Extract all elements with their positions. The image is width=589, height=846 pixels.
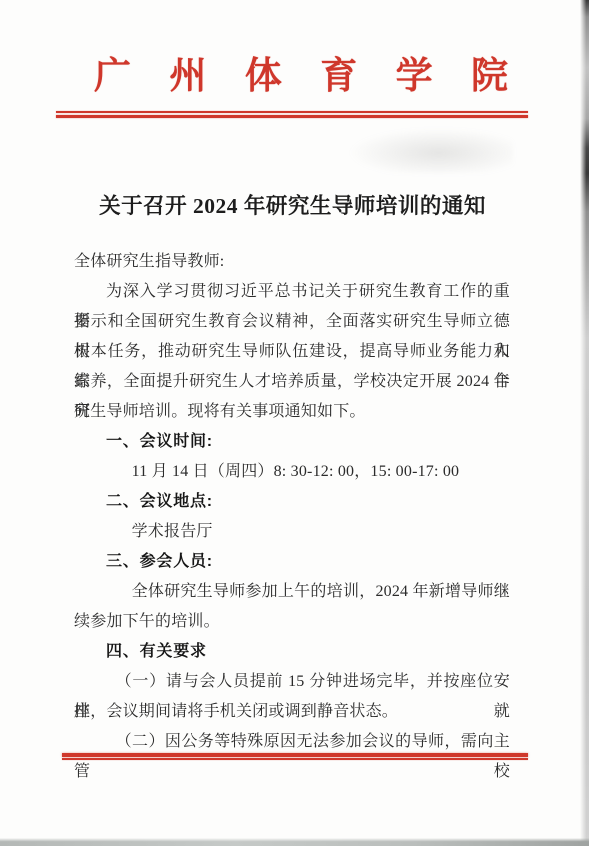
body-line: 续参加下午的培训。 — [74, 607, 510, 637]
page-edge-shadow-bottom — [0, 838, 589, 846]
body-line: （一）请与会人员提前 15 分钟进场完毕，并按座位安排就 — [74, 667, 510, 697]
page-edge-shadow-right — [580, 0, 589, 846]
letterhead-rule-thick-line — [56, 115, 528, 119]
scan-smudge-artifact — [348, 128, 513, 173]
notice-body: 全体研究生指导教师: 为深入学习贯彻习近平总书记关于研究生教育工作的重要 指示和… — [74, 247, 510, 757]
section-heading-attendees: 三、参会人员: — [74, 547, 510, 577]
body-line: 11 月 14 日（周四）8: 30-12: 00，15: 00-17: 00 — [74, 457, 510, 487]
body-line: 为深入学习贯彻习近平总书记关于研究生教育工作的重要 — [74, 277, 510, 307]
footer-rule — [62, 753, 528, 760]
notice-title: 关于召开 2024 年研究生导师培训的通知 — [40, 189, 545, 220]
body-line: 学术报告厅 — [74, 517, 510, 547]
body-line: 究生导师培训。现将有关事项通知如下。 — [74, 397, 510, 427]
body-line: 素养，全面提升研究生人才培养质量，学校决定开展 2024 年研 — [74, 367, 510, 397]
section-heading-meeting-time: 一、会议时间: — [74, 427, 510, 457]
letterhead-school-name: 广 州 体 育 学 院 — [94, 56, 508, 99]
salutation-line: 全体研究生指导教师: — [74, 247, 510, 277]
footer-rule-thick-line — [62, 753, 528, 757]
letterhead-rule — [56, 111, 528, 118]
footer-rule-thin-line — [62, 758, 528, 760]
letterhead-rule-thin-line — [56, 111, 528, 113]
section-heading-meeting-place: 二、会议地点: — [74, 487, 510, 517]
body-line: 指示和全国研究生教育会议精神，全面落实研究生导师立德树人 — [74, 307, 510, 337]
scanned-notice-page: { "colors": { "accent": "#cf372b", "text… — [0, 0, 589, 846]
section-heading-requirements: 四、有关要求 — [74, 637, 510, 667]
body-line: 全体研究生导师参加上午的培训，2024 年新增导师继 — [74, 577, 510, 607]
body-line: 根本任务，推动研究生导师队伍建设，提高导师业务能力和综合 — [74, 337, 510, 367]
